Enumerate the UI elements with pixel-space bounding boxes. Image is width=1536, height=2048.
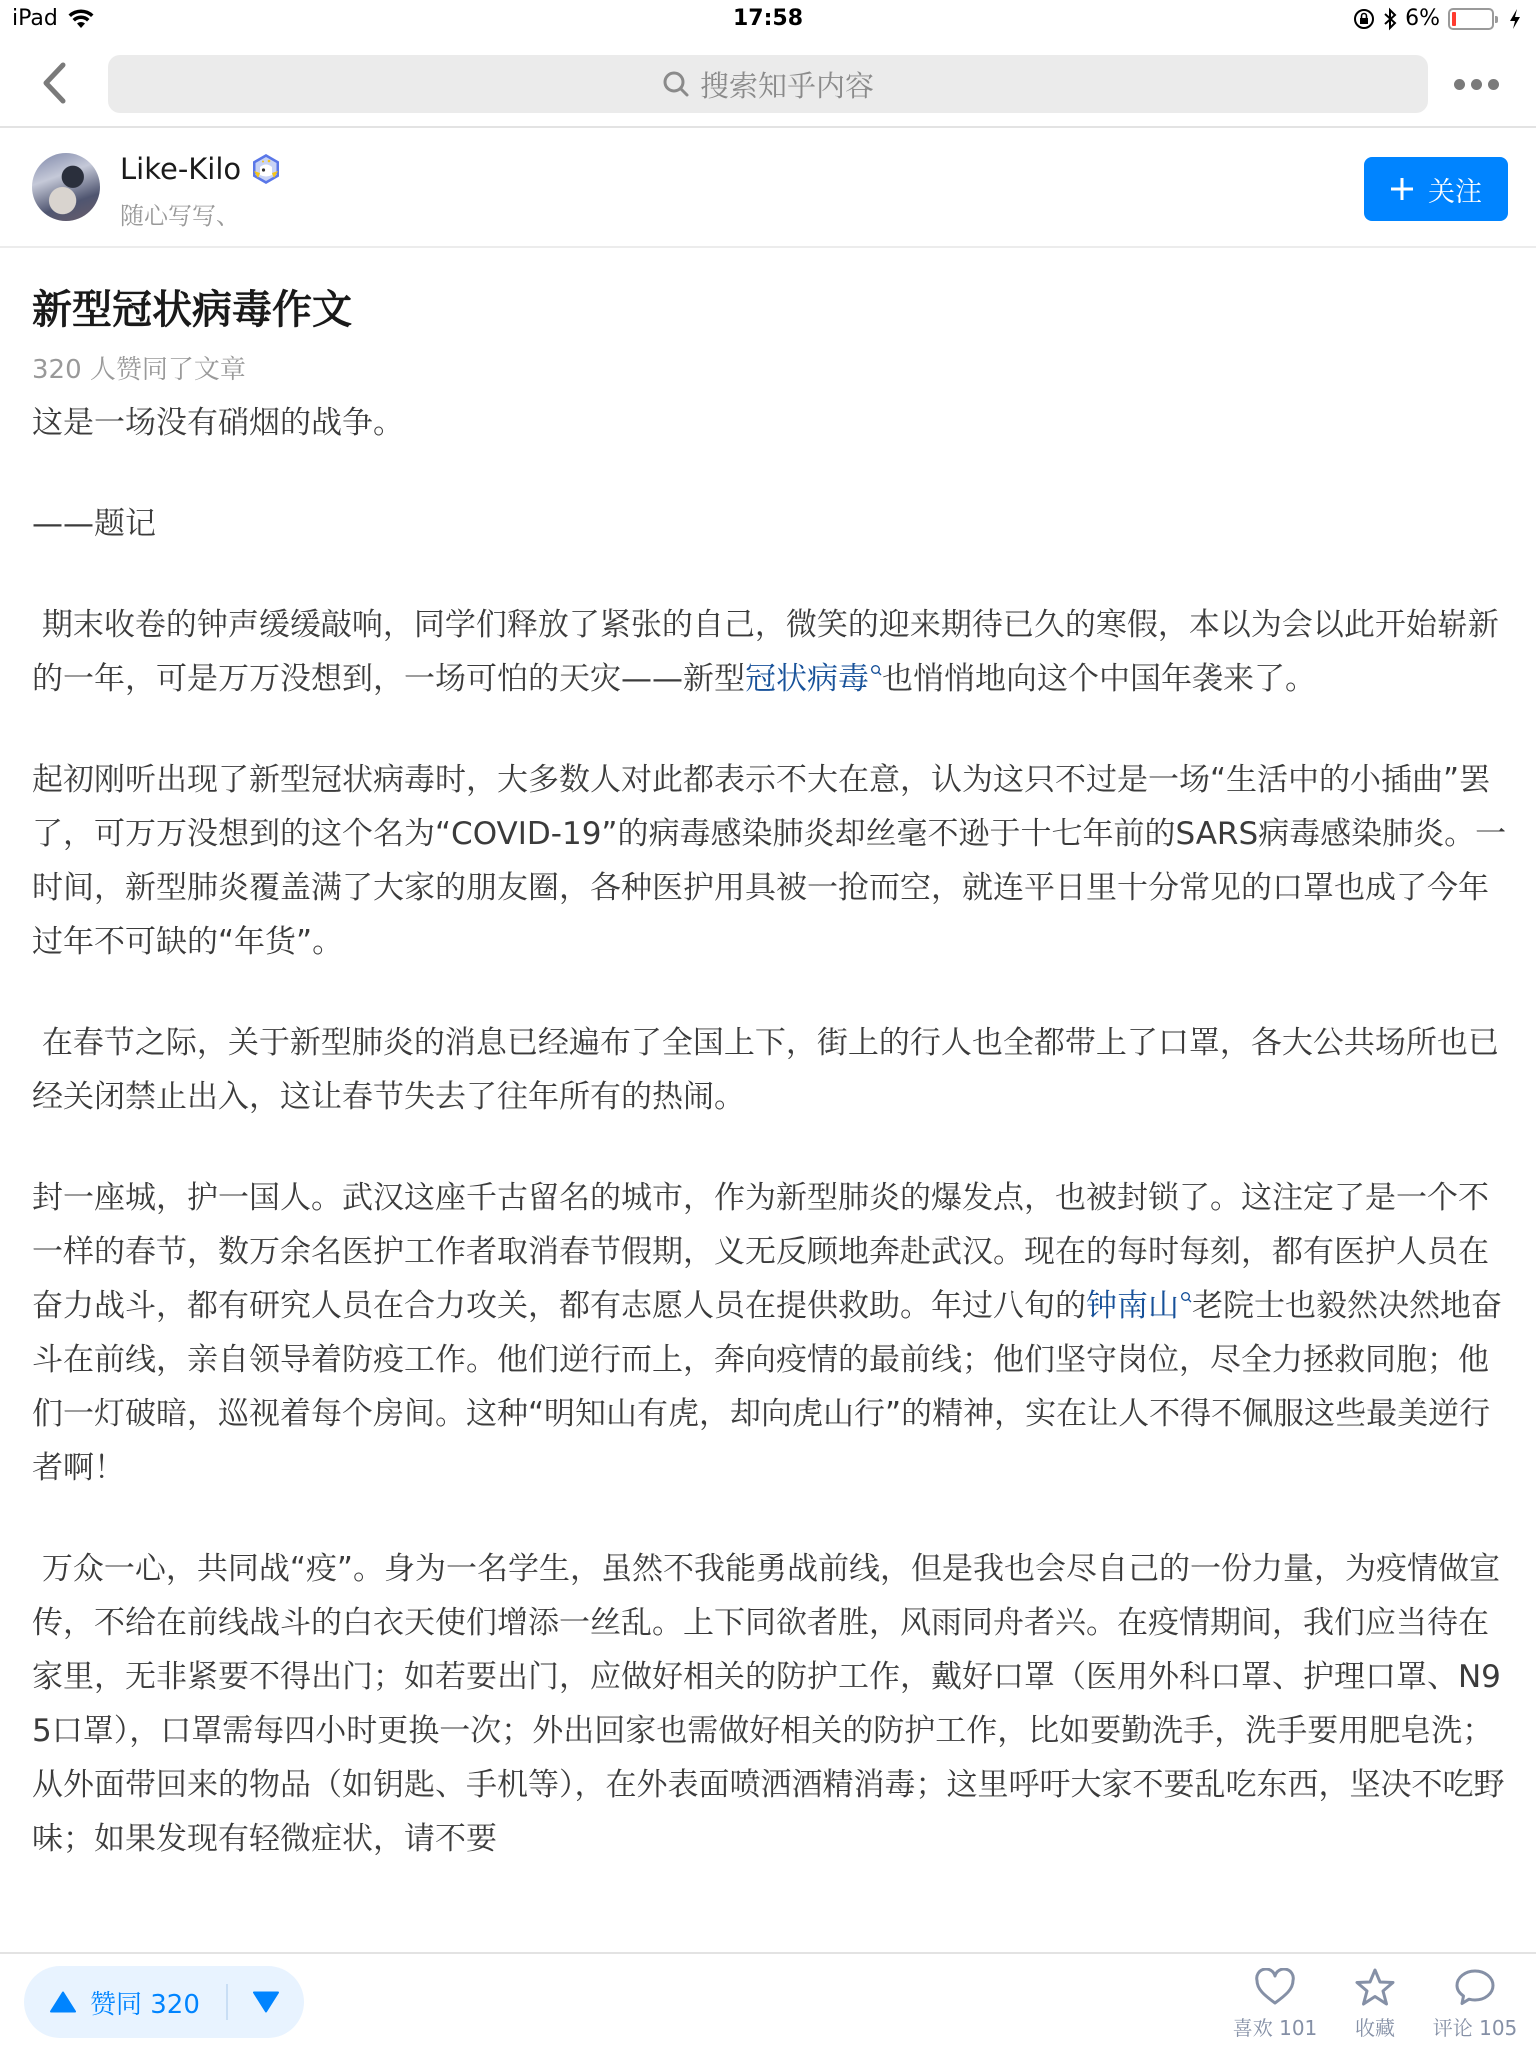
paragraph-text: 这是一场没有硝烟的战争。 [32,405,404,441]
article-title: 新型冠状病毒作文 [32,282,1512,338]
follow-button[interactable]: 关注 [1364,157,1508,221]
status-bar: iPad 17:58 6% [0,0,1536,40]
article-paragraph: 万众一心，共同战“疫”。身为一名学生，虽然不我能勇战前线，但是我也会尽自己的一份… [32,1542,1512,1866]
follow-label: 关注 [1428,170,1482,209]
article-paragraph: 封一座城，护一国人。武汉这座千古留名的城市，作为新型肺炎的爆发点，也被封锁了。这… [32,1171,1512,1495]
clock: 17:58 [0,6,1536,31]
search-placeholder: 搜索知乎内容 [700,64,874,105]
author-bio: 随心写写、 [120,196,240,231]
charging-bolt-icon [1508,8,1522,30]
vote-pill: 赞同 320 [24,1966,304,2038]
status-right: 6% [1353,6,1522,31]
triangle-up-icon [50,1991,76,2013]
keyword-search-link[interactable]: 钟南山 [1086,1288,1179,1324]
avatar[interactable] [32,153,100,221]
article-paragraph: 起初刚听出现了新型冠状病毒时，大多数人对此都表示不大在意，认为这只不过是一场“生… [32,753,1512,969]
article: 新型冠状病毒作文 320 人赞同了文章 这是一场没有硝烟的战争。——题记 期末收… [32,282,1512,1913]
like-button[interactable]: 喜欢 101 [1220,1968,1330,2041]
search-icon[interactable] [870,664,882,678]
favorite-label: 收藏 [1355,2012,1395,2041]
likes-count[interactable]: 320 人赞同了文章 [32,350,1512,390]
more-button[interactable] [1448,64,1504,104]
keyword-search-link[interactable]: 冠状病毒 [745,661,869,697]
more-dots-icon [1454,79,1465,90]
upvote-label: 赞同 320 [90,1984,200,2021]
paragraph-text: 起初刚听出现了新型冠状病毒时，大多数人对此都表示不大在意，认为这只不过是一场“生… [32,762,1506,960]
action-group: 喜欢 101 收藏 评论 105 [1220,1954,1536,2048]
bottom-action-bar: 赞同 320 喜欢 101 收藏 评论 105 [0,1952,1536,2048]
paragraph-text: 万众一心，共同战“疫”。身为一名学生，虽然不我能勇战前线，但是我也会尽自己的一份… [32,1551,1505,1857]
more-dot [1471,79,1482,90]
article-body: 这是一场没有硝烟的战争。——题记 期末收卷的钟声缓缓敲响，同学们释放了紧张的自己… [32,396,1512,1866]
achievement-badge-icon[interactable] [251,153,281,185]
article-paragraph: 在春节之际，关于新型肺炎的消息已经遍布了全国上下，街上的行人也全都带上了口罩，各… [32,1016,1512,1124]
search-icon [662,70,690,98]
chevron-left-icon [41,62,67,104]
author-row: Like-Kilo 随心写写、 关注 [0,130,1536,248]
rotation-lock-icon [1353,8,1375,30]
heart-icon [1254,1968,1296,2006]
comment-bubble-icon [1454,1968,1496,2006]
author-name[interactable]: Like-Kilo [120,152,241,186]
paragraph-text: ——题记 [32,506,156,542]
downvote-button[interactable] [228,1966,304,2038]
more-dot [1488,79,1499,90]
article-paragraph: 期末收卷的钟声缓缓敲响，同学们释放了紧张的自己，微笑的迎来期待已久的寒假，本以为… [32,598,1512,706]
comment-button[interactable]: 评论 105 [1420,1968,1530,2041]
author-name-row: Like-Kilo [120,152,281,186]
search-icon[interactable] [1180,1291,1192,1305]
like-label: 喜欢 101 [1233,2012,1318,2041]
paragraph-text: 也悄悄地向这个中国年袭来了。 [882,661,1316,697]
back-button[interactable] [30,58,78,108]
favorite-button[interactable]: 收藏 [1320,1968,1430,2041]
comment-label: 评论 105 [1433,2012,1518,2041]
battery-icon [1448,8,1494,30]
battery-percent: 6% [1405,6,1440,31]
triangle-down-icon [253,1991,279,2013]
paragraph-text: 在春节之际，关于新型肺炎的消息已经遍布了全国上下，街上的行人也全都带上了口罩，各… [32,1025,1499,1115]
article-paragraph: 这是一场没有硝烟的战争。 [32,396,1512,450]
search-input[interactable]: 搜索知乎内容 [108,55,1428,113]
plus-icon [1390,177,1414,201]
article-paragraph: ——题记 [32,497,1512,551]
upvote-button[interactable]: 赞同 320 [24,1966,200,2038]
bluetooth-icon [1383,7,1397,31]
star-icon [1354,1968,1396,2006]
nav-bar: 搜索知乎内容 [0,40,1536,128]
